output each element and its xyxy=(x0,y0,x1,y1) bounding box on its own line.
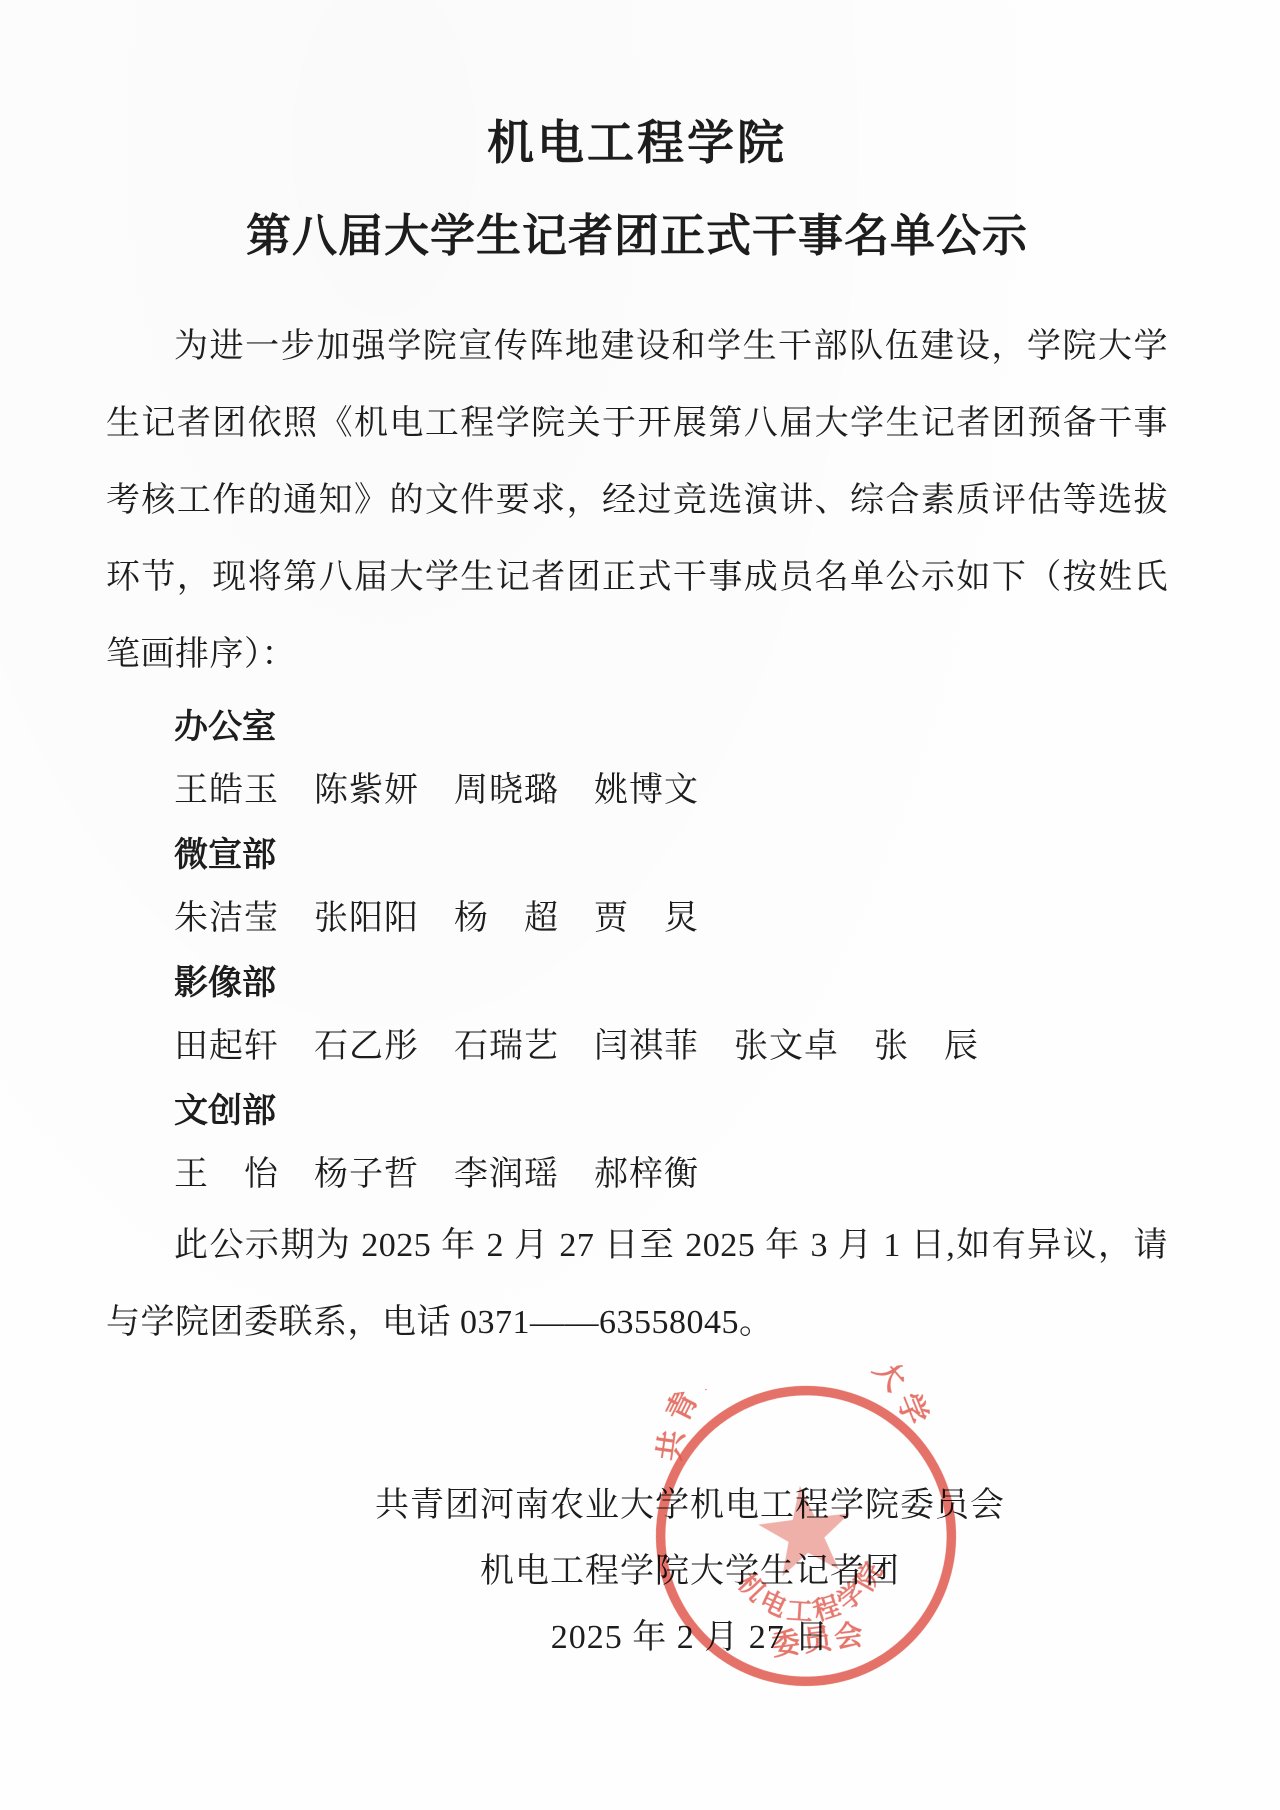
roster-list: 办公室 王皓玉 陈紫妍 周晓璐 姚博文 微宣部 朱洁莹 张阳阳 杨 超 贾 炅 … xyxy=(106,695,1168,1207)
dept-title: 办公室 xyxy=(174,695,1168,759)
dept-section-office: 办公室 王皓玉 陈紫妍 周晓璐 姚博文 xyxy=(174,695,1168,823)
document-title: 机电工程学院 xyxy=(106,106,1168,173)
document-content: 机电工程学院 第八届大学生记者团正式干事名单公示 为进一步加强学院宣传阵地建设和… xyxy=(0,0,1280,1671)
document-page: 机电工程学院 第八届大学生记者团正式干事名单公示 为进一步加强学院宣传阵地建设和… xyxy=(0,0,1280,1810)
signature-org-press-corps: 机电工程学院大学生记者团 xyxy=(375,1539,1005,1605)
signature-org-committee: 共青团河南农业大学机电工程学院委员会 xyxy=(375,1473,1005,1539)
dept-members: 田起轩 石乙彤 石瑞艺 闫祺菲 张文卓 张 辰 xyxy=(174,1015,1168,1079)
dept-members: 王 怡 杨子哲 李润瑶 郝梓衡 xyxy=(174,1143,1168,1207)
dept-title: 影像部 xyxy=(174,951,1168,1015)
dept-title: 文创部 xyxy=(174,1079,1168,1143)
closing-paragraph: 此公示期为 2025 年 2 月 27 日至 2025 年 3 月 1 日,如有… xyxy=(106,1207,1168,1361)
dept-members: 朱洁莹 张阳阳 杨 超 贾 炅 xyxy=(174,887,1168,951)
dept-section-photo: 影像部 田起轩 石乙彤 石瑞艺 闫祺菲 张文卓 张 辰 xyxy=(174,951,1168,1079)
dept-title: 微宣部 xyxy=(174,823,1168,887)
dept-section-creative: 文创部 王 怡 杨子哲 李润瑶 郝梓衡 xyxy=(174,1079,1168,1207)
dept-members: 王皓玉 陈紫妍 周晓璐 姚博文 xyxy=(174,759,1168,823)
intro-paragraph: 为进一步加强学院宣传阵地建设和学生干部队伍建设，学院大学生记者团依照《机电工程学… xyxy=(106,308,1168,693)
signature-date: 2025 年 2 月 27 日 xyxy=(375,1605,1005,1671)
dept-section-wechat: 微宣部 朱洁莹 张阳阳 杨 超 贾 炅 xyxy=(174,823,1168,951)
signature-block: 共青团河南农业大学机电工程学院委员会 机电工程学院大学生记者团 2025 年 2… xyxy=(375,1473,1005,1671)
document-subtitle: 第八届大学生记者团正式干事名单公示 xyxy=(106,199,1168,264)
